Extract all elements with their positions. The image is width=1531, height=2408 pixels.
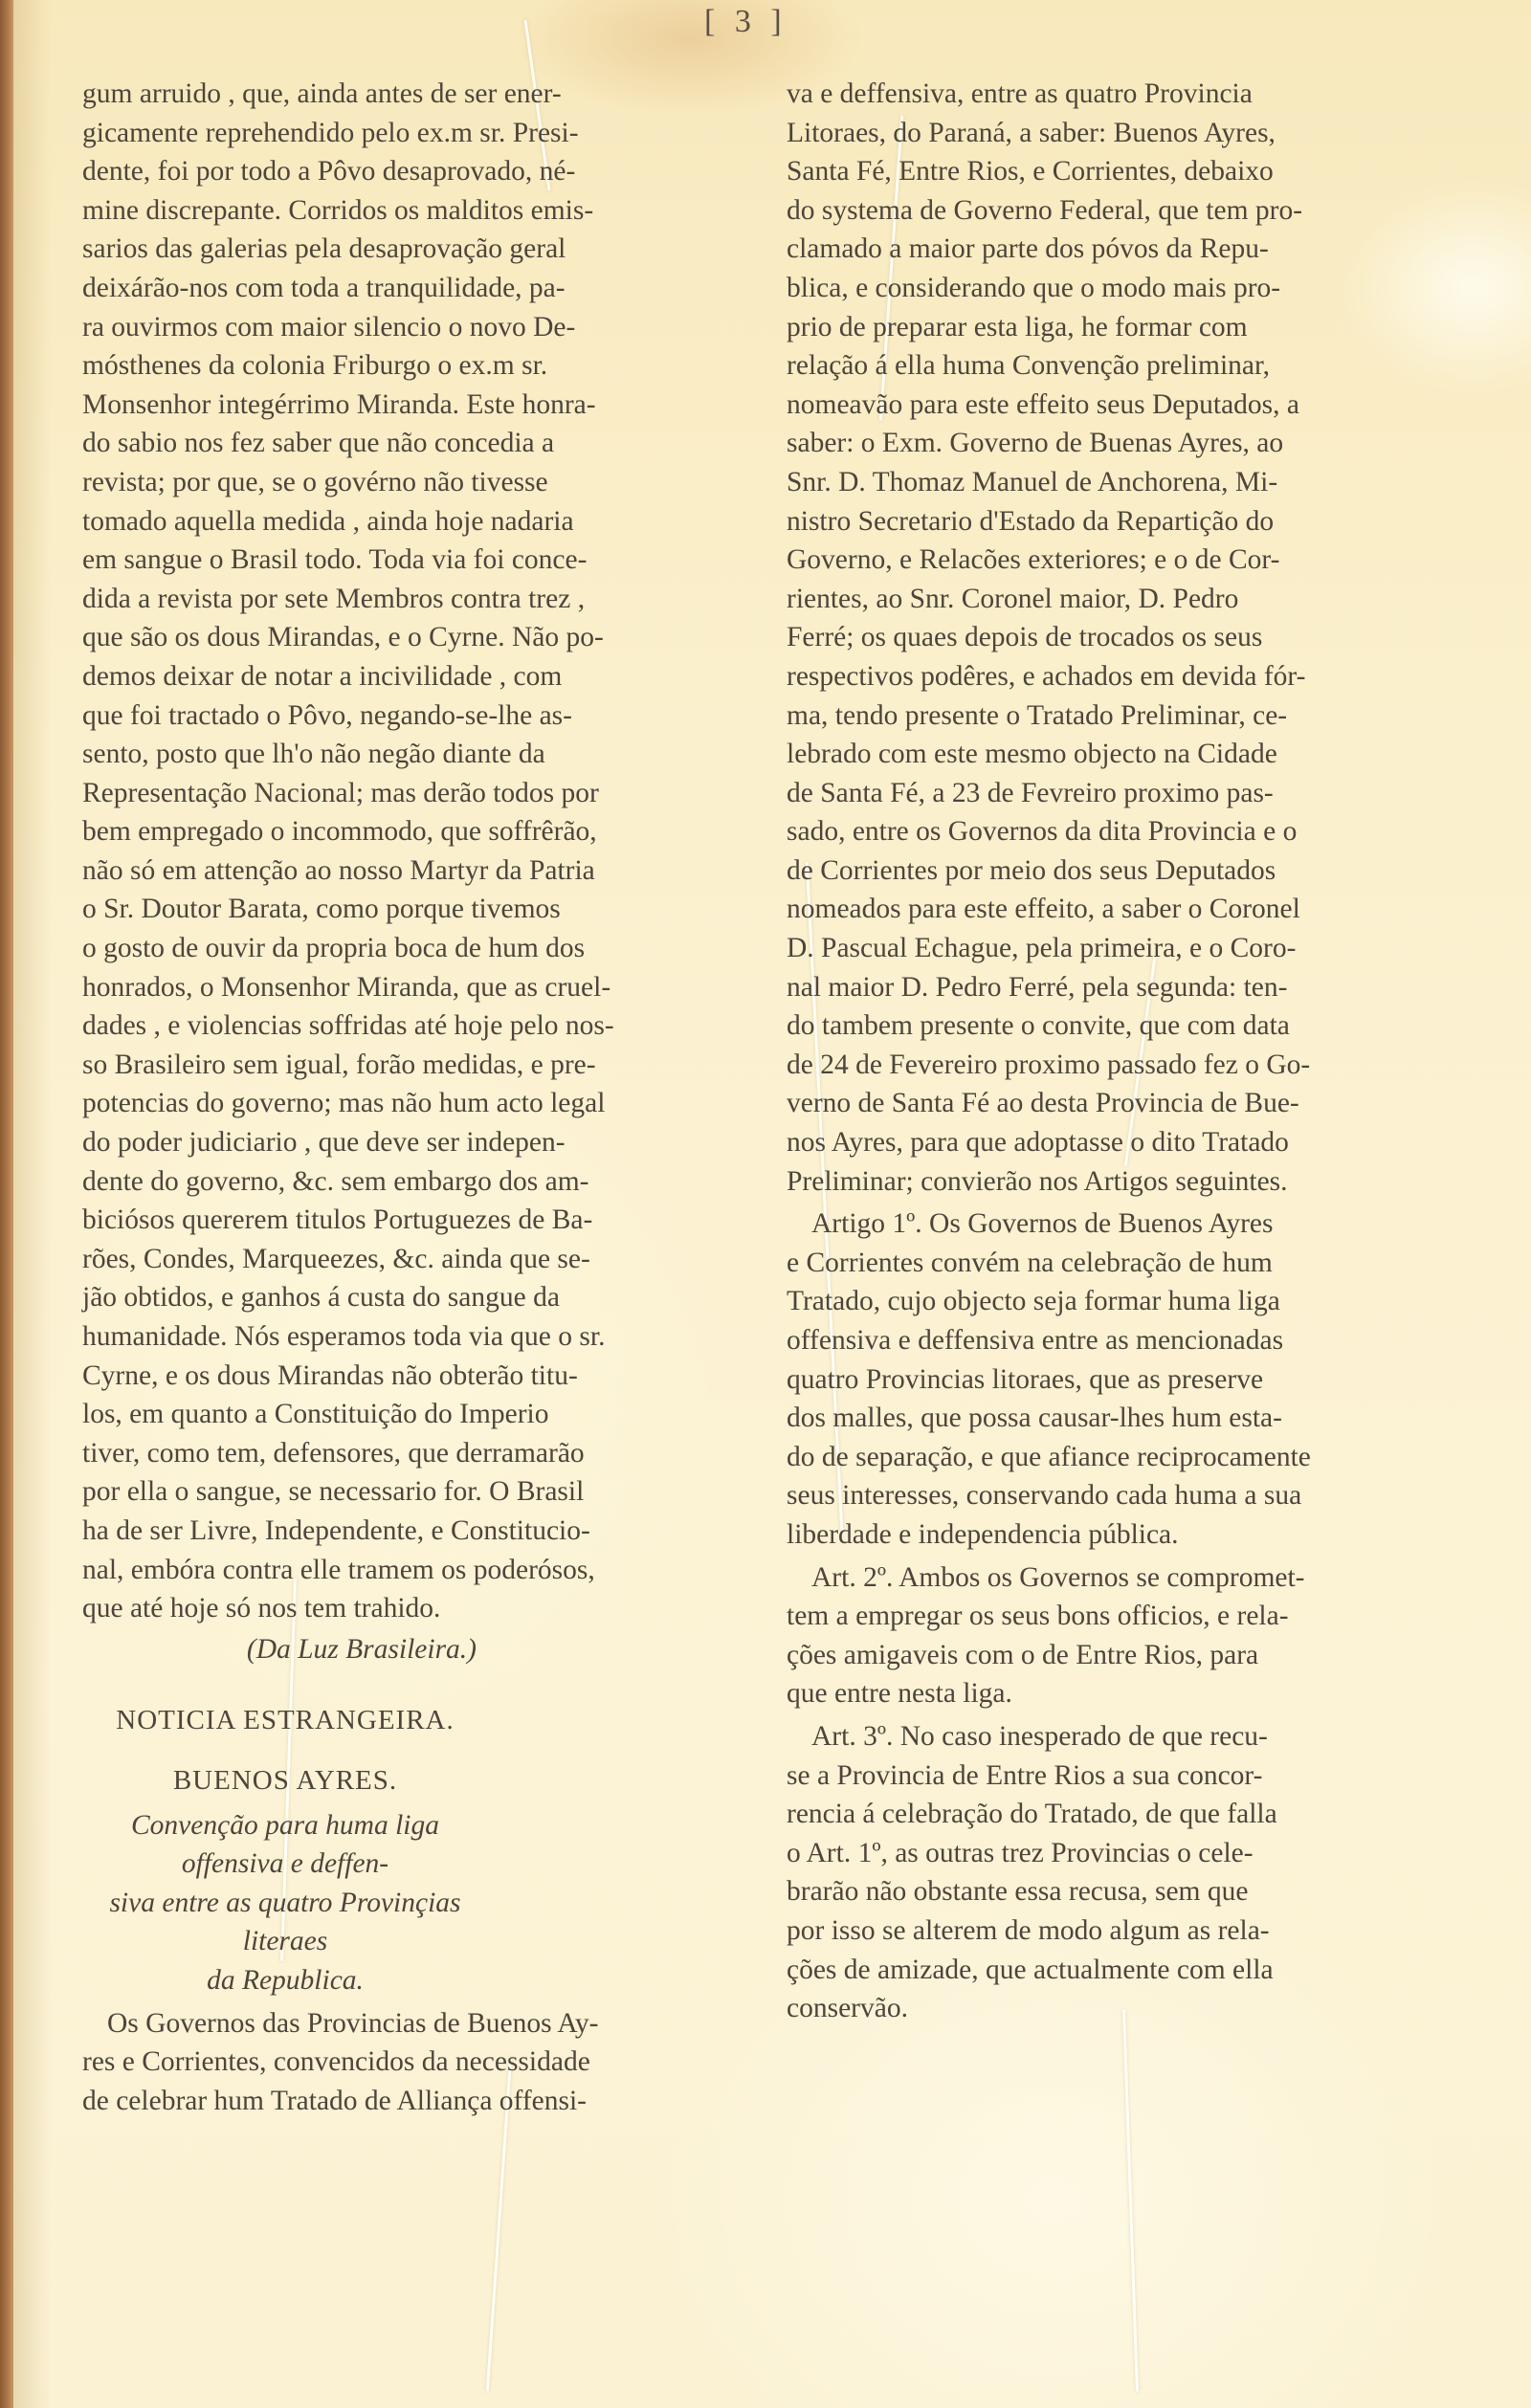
page-number: [ 3 ]: [704, 4, 788, 40]
text-line: prio de preparar esta liga, he formar co…: [787, 308, 1192, 347]
text-line: nomeavão para este effeito seus Deputado…: [787, 386, 1192, 425]
text-line: biciósos quererem titulos Portuguezes de…: [82, 1201, 488, 1240]
text-line: dida a revista por sete Membros contra t…: [82, 580, 488, 619]
text-line: nal, embóra contra elle tramem os poderó…: [82, 1551, 488, 1590]
book-spine-edge: [0, 0, 13, 2408]
text-line: sarios das galerias pela desaprovação ge…: [82, 230, 488, 269]
text-line: tem a empregar os seus bons officios, e …: [787, 1597, 1192, 1636]
text-line: por isso se alterem de modo algum as rel…: [787, 1911, 1192, 1951]
text-line: Tratado, cujo objecto seja formar huma l…: [787, 1282, 1192, 1321]
article-body: gum arruido , que, ainda antes de ser en…: [82, 75, 488, 1628]
text-line: Artigo 1º. Os Governos de Buenos Ayres: [787, 1204, 1192, 1244]
text-line: jão obtidos, e ganhos á custa do sangue …: [82, 1278, 488, 1317]
article-3: Art. 3º. No caso inesperado de que recu-…: [787, 1717, 1192, 2028]
text-line: o gosto de ouvir da propria boca de hum …: [82, 929, 488, 968]
text-line: que entre nesta liga.: [787, 1674, 1192, 1713]
text-line: rões, Condes, Marqueezes, &c. ainda que …: [82, 1240, 488, 1279]
text-line: saber: o Exm. Governo de Buenas Ayres, a…: [787, 424, 1192, 463]
text-line: Art. 2º. Ambos os Governos se compromet-: [787, 1558, 1192, 1598]
text-line: Santa Fé, Entre Rios, e Corrientes, deba…: [787, 152, 1192, 191]
text-line: res e Corrientes, convencidos da necessi…: [82, 2043, 488, 2082]
text-line: Art. 3º. No caso inesperado de que recu-: [787, 1717, 1192, 1756]
text-line: dades , e violencias soffridas até hoje …: [82, 1006, 488, 1046]
text-line: de Corrientes por meio dos seus Deputado…: [787, 851, 1192, 891]
section-heading: NOTICIA ESTRANGEIRA.: [82, 1701, 488, 1740]
text-line: nistro Secretario d'Estado da Repartição…: [787, 502, 1192, 541]
text-line: tomado aquella medida , ainda hoje nadar…: [82, 502, 488, 541]
text-line: respectivos podêres, e achados em devida…: [787, 657, 1192, 696]
convention-preamble: va e deffensiva, entre as quatro Provinc…: [787, 75, 1192, 1201]
text-line: e Corrientes convém na celebração de hum: [787, 1244, 1192, 1283]
text-line: seus interesses, conservando cada huma a…: [787, 1476, 1192, 1515]
convention-subtitle: Convenção para huma liga offensiva e def…: [82, 1806, 488, 2000]
right-column: va e deffensiva, entre as quatro Provinc…: [787, 75, 1192, 2028]
text-line: liberdade e independencia pública.: [787, 1515, 1192, 1555]
text-line: dente, foi por todo a Pôvo desaprovado, …: [82, 152, 488, 191]
text-line: quatro Provincias litoraes, que as prese…: [787, 1360, 1192, 1400]
text-line: rientes, ao Snr. Coronel maior, D. Pedro: [787, 580, 1192, 619]
text-line: do de separação, e que afiance reciproca…: [787, 1438, 1192, 1477]
text-line: clamado a maior parte dos póvos da Repu-: [787, 230, 1192, 269]
text-line: dente do governo, &c. sem embargo dos am…: [82, 1162, 488, 1202]
text-line: Monsenhor integérrimo Miranda. Este honr…: [82, 386, 488, 425]
text-line: brarão não obstante essa recusa, sem que: [787, 1872, 1192, 1911]
text-line: Preliminar; convierão nos Artigos seguin…: [787, 1162, 1192, 1202]
text-line: o Art. 1º, as outras trez Provincias o c…: [787, 1834, 1192, 1873]
text-line: honrados, o Monsenhor Miranda, que as cr…: [82, 968, 488, 1007]
text-line: offensiva e deffensiva entre as menciona…: [787, 1321, 1192, 1360]
text-line: D. Pascual Echague, pela primeira, e o C…: [787, 929, 1192, 968]
text-line: va e deffensiva, entre as quatro Provinc…: [787, 75, 1192, 114]
text-line: blica, e considerando que o modo mais pr…: [787, 269, 1192, 308]
subtitle-line: siva entre as quatro Provinçias literaes: [82, 1884, 488, 1961]
city-heading: BUENOS AYRES.: [82, 1761, 488, 1800]
text-line: sento, posto que lh'o não negão diante d…: [82, 735, 488, 774]
spine-shadow: [13, 0, 52, 2408]
text-line: bem empregado o incommodo, que soffrêrão…: [82, 812, 488, 851]
text-line: dos malles, que possa causar-lhes hum es…: [787, 1399, 1192, 1438]
text-line: Representação Nacional; mas derão todos …: [82, 774, 488, 813]
text-line: o Sr. Doutor Barata, como porque tivemos: [82, 890, 488, 929]
text-line: que são os dous Mirandas, e o Cyrne. Não…: [82, 618, 488, 657]
text-line: do systema de Governo Federal, que tem p…: [787, 191, 1192, 231]
text-line: verno de Santa Fé ao desta Provincia de …: [787, 1084, 1192, 1123]
text-line: mine discrepante. Corridos os malditos e…: [82, 191, 488, 231]
text-line: Ferré; os quaes depois de trocados os se…: [787, 618, 1192, 657]
text-line: de celebrar hum Tratado de Alliança offe…: [82, 2082, 488, 2121]
text-line: Cyrne, e os dous Mirandas não obterão ti…: [82, 1357, 488, 1396]
text-line: potencias do governo; mas não hum acto l…: [82, 1084, 488, 1123]
text-line: nal maior D. Pedro Ferré, pela segunda: …: [787, 968, 1192, 1007]
text-line: do sabio nos fez saber que não concedia …: [82, 424, 488, 463]
text-line: do tambem presente o convite, que com da…: [787, 1006, 1192, 1046]
text-line: relação á ella huma Convenção preliminar…: [787, 346, 1192, 386]
text-line: ções amigaveis com o de Entre Rios, para: [787, 1636, 1192, 1675]
text-line: que foi tractado o Pôvo, negando-se-lhe …: [82, 696, 488, 736]
text-line: não só em attenção ao nosso Martyr da Pa…: [82, 851, 488, 891]
text-line: Snr. D. Thomaz Manuel de Anchorena, Mi-: [787, 463, 1192, 502]
text-line: demos deixar de notar a incivilidade , c…: [82, 657, 488, 696]
text-line: de Santa Fé, a 23 de Fevreiro proximo pa…: [787, 774, 1192, 813]
text-line: humanidade. Nós esperamos toda via que o…: [82, 1317, 488, 1357]
text-line: Os Governos das Provincias de Buenos Ay-: [82, 2004, 488, 2043]
text-line: em sangue o Brasil todo. Toda via foi co…: [82, 541, 488, 580]
convention-intro: Os Governos das Provincias de Buenos Ay-…: [82, 2004, 488, 2121]
text-line: conservão.: [787, 1989, 1192, 2028]
text-line: nomeados para este effeito, a saber o Co…: [787, 890, 1192, 929]
article-1: Artigo 1º. Os Governos de Buenos Ayres e…: [787, 1204, 1192, 1554]
text-line: se a Provincia de Entre Rios a sua conco…: [787, 1756, 1192, 1796]
text-line: do poder judiciario , que deve ser indep…: [82, 1123, 488, 1162]
text-line: de 24 de Fevereiro proximo passado fez o…: [787, 1046, 1192, 1085]
text-line: que até hoje só nos tem trahido.: [82, 1589, 488, 1628]
text-line: rencia á celebração do Tratado, de que f…: [787, 1795, 1192, 1834]
text-line: los, em quanto a Constituição do Imperio: [82, 1395, 488, 1434]
text-line: revista; por que, se o govérno não tives…: [82, 463, 488, 502]
subtitle-line: da Republica.: [82, 1961, 488, 2000]
text-line: sado, entre os Governos da dita Provinci…: [787, 812, 1192, 851]
subtitle-line: Convenção para huma liga offensiva e def…: [82, 1806, 488, 1884]
text-line: tiver, como tem, defensores, que derrama…: [82, 1434, 488, 1473]
text-line: Governo, e Relacões exteriores; e o de C…: [787, 541, 1192, 580]
text-line: deixárão-nos com toda a tranquilidade, p…: [82, 269, 488, 308]
text-line: gum arruido , que, ainda antes de ser en…: [82, 75, 488, 114]
left-column: gum arruido , que, ainda antes de ser en…: [82, 75, 488, 2120]
text-line: gicamente reprehendido pelo ex.m sr. Pre…: [82, 114, 488, 153]
text-line: so Brasileiro sem igual, forão medidas, …: [82, 1046, 488, 1085]
text-line: ra ouvirmos com maior silencio o novo De…: [82, 308, 488, 347]
text-line: nos Ayres, para que adoptasse o dito Tra…: [787, 1123, 1192, 1162]
paper-crease: [1122, 2009, 1139, 2392]
text-line: mósthenes da colonia Friburgo o ex.m sr.: [82, 346, 488, 386]
text-line: lebrado com este mesmo objecto na Cidade: [787, 735, 1192, 774]
text-line: ha de ser Livre, Independente, e Constit…: [82, 1512, 488, 1551]
newspaper-page: [ 3 ] gum arruido , que, ainda antes de …: [0, 0, 1531, 2408]
text-line: ções de amizade, que actualmente com ell…: [787, 1951, 1192, 1990]
article-2: Art. 2º. Ambos os Governos se compromet-…: [787, 1558, 1192, 1713]
text-line: ma, tendo presente o Tratado Preliminar,…: [787, 696, 1192, 736]
text-line: Litoraes, do Paraná, a saber: Buenos Ayr…: [787, 114, 1192, 153]
source-attribution: (Da Luz Brasileira.): [82, 1630, 477, 1669]
text-line: por ella o sangue, se necessario for. O …: [82, 1472, 488, 1512]
